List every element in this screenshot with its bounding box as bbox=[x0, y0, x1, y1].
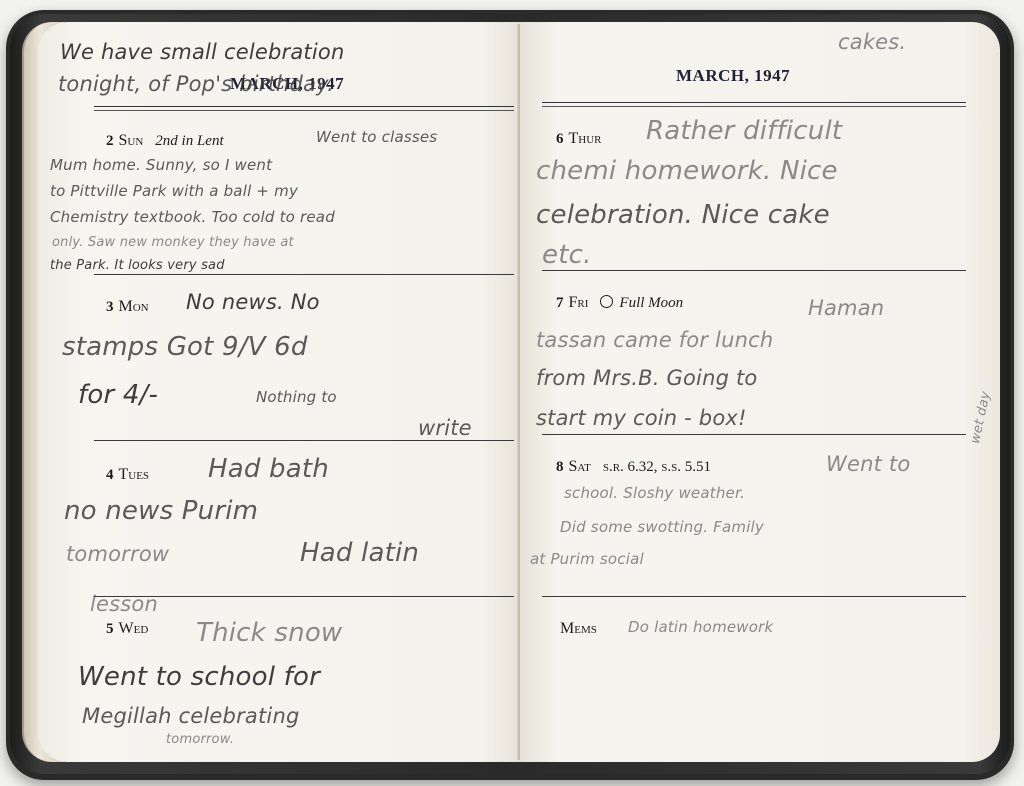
entry-line: Thick snow bbox=[196, 618, 342, 648]
day-of-week: Sun bbox=[119, 132, 144, 149]
entry-line: tassan came for lunch bbox=[536, 328, 773, 352]
day-number: 4 bbox=[106, 467, 114, 483]
day-divider bbox=[542, 270, 966, 271]
day-of-week: Mon bbox=[119, 298, 149, 315]
day-divider bbox=[94, 596, 514, 597]
day-number: 5 bbox=[106, 621, 114, 637]
day-number: 8 bbox=[556, 459, 564, 475]
day-label-7: 7FriFull Moon bbox=[556, 294, 683, 312]
day-of-week: Wed bbox=[119, 620, 149, 637]
entry-line: at Purim social bbox=[530, 550, 644, 568]
right-page: cakes. MARCH, 1947 6Thur Rather difficul… bbox=[520, 22, 1000, 762]
day-number: 3 bbox=[106, 299, 114, 315]
entry-line: stamps Got 9/V 6d bbox=[62, 332, 308, 362]
entry-line: start my coin - box! bbox=[536, 406, 747, 430]
day-label-8: 8Sats.r. 6.32, s.s. 5.51 bbox=[556, 458, 711, 476]
sunrise-sunset: s.r. 6.32, s.s. 5.51 bbox=[603, 459, 711, 475]
top-note-line-1: We have small celebration bbox=[60, 40, 344, 64]
day-label-3: 3Mon bbox=[106, 298, 149, 316]
entry-line: Went to bbox=[826, 452, 910, 476]
entry-line: tomorrow. bbox=[166, 732, 234, 747]
day-divider bbox=[542, 434, 966, 435]
page-title-right: MARCH, 1947 bbox=[676, 66, 790, 86]
mems-label-text: Mems bbox=[560, 620, 597, 637]
entry-line: school. Sloshy weather. bbox=[564, 484, 745, 502]
entry-line: Megillah celebrating bbox=[82, 704, 300, 728]
day-divider bbox=[94, 274, 514, 275]
entry-line: chemi homework. Nice bbox=[536, 156, 838, 186]
header-rule bbox=[94, 106, 514, 107]
entry-line: Went to school for bbox=[78, 662, 320, 692]
day-label-4: 4Tues bbox=[106, 466, 149, 484]
entry-line: Haman bbox=[808, 296, 884, 320]
day-divider bbox=[542, 596, 966, 597]
header-rule bbox=[542, 102, 966, 103]
day-number: 7 bbox=[556, 295, 564, 311]
entry-line: Went to classes bbox=[316, 128, 437, 146]
day-of-week: Tues bbox=[119, 466, 150, 483]
entry-line: No news. No bbox=[186, 290, 320, 314]
entry-line: only. Saw new monkey they have at bbox=[52, 235, 294, 250]
day-of-week: Thur bbox=[569, 130, 602, 147]
mems-label: Mems bbox=[560, 620, 597, 638]
entry-line: no news Purim bbox=[64, 496, 258, 526]
entry-line: Chemistry textbook. Too cold to read bbox=[50, 208, 335, 226]
top-note-line-2: tonight, of Pop's birthday. bbox=[58, 72, 334, 96]
side-note: wet day bbox=[968, 390, 994, 445]
entry-line: Rather difficult bbox=[646, 116, 842, 146]
printed-note: Full Moon bbox=[619, 295, 683, 311]
entry-line: Had bath bbox=[208, 454, 329, 484]
entry-line: Had latin bbox=[300, 538, 419, 568]
entry-line: to Pittville Park with a ball + my bbox=[50, 182, 298, 200]
entry-line: tomorrow bbox=[66, 542, 169, 566]
entry-line: Did some swotting. Family bbox=[560, 518, 764, 536]
entry-line: from Mrs.B. Going to bbox=[536, 366, 758, 390]
entry-line: celebration. Nice cake bbox=[536, 200, 830, 230]
full-moon-icon bbox=[600, 295, 613, 308]
entry-line: the Park. It looks very sad bbox=[50, 258, 225, 273]
mems-text: Do latin homework bbox=[628, 618, 773, 636]
left-page: We have small celebration MARCH, 1947 to… bbox=[38, 22, 520, 762]
day-label-2: 2Sun2nd in Lent bbox=[106, 132, 224, 150]
entry-line: etc. bbox=[542, 240, 592, 270]
entry-line: Mum home. Sunny, so I went bbox=[50, 156, 272, 174]
day-label-5: 5Wed bbox=[106, 620, 148, 638]
day-number: 2 bbox=[106, 133, 114, 149]
day-label-6: 6Thur bbox=[556, 130, 602, 148]
entry-line: for 4/- bbox=[78, 380, 158, 410]
entry-line: Nothing to bbox=[256, 388, 337, 406]
top-note: cakes. bbox=[838, 30, 906, 54]
day-divider bbox=[94, 440, 514, 441]
day-of-week: Sat bbox=[569, 458, 591, 475]
day-of-week: Fri bbox=[569, 294, 589, 311]
entry-line: write bbox=[418, 416, 472, 440]
printed-note: 2nd in Lent bbox=[155, 133, 223, 149]
day-number: 6 bbox=[556, 131, 564, 147]
